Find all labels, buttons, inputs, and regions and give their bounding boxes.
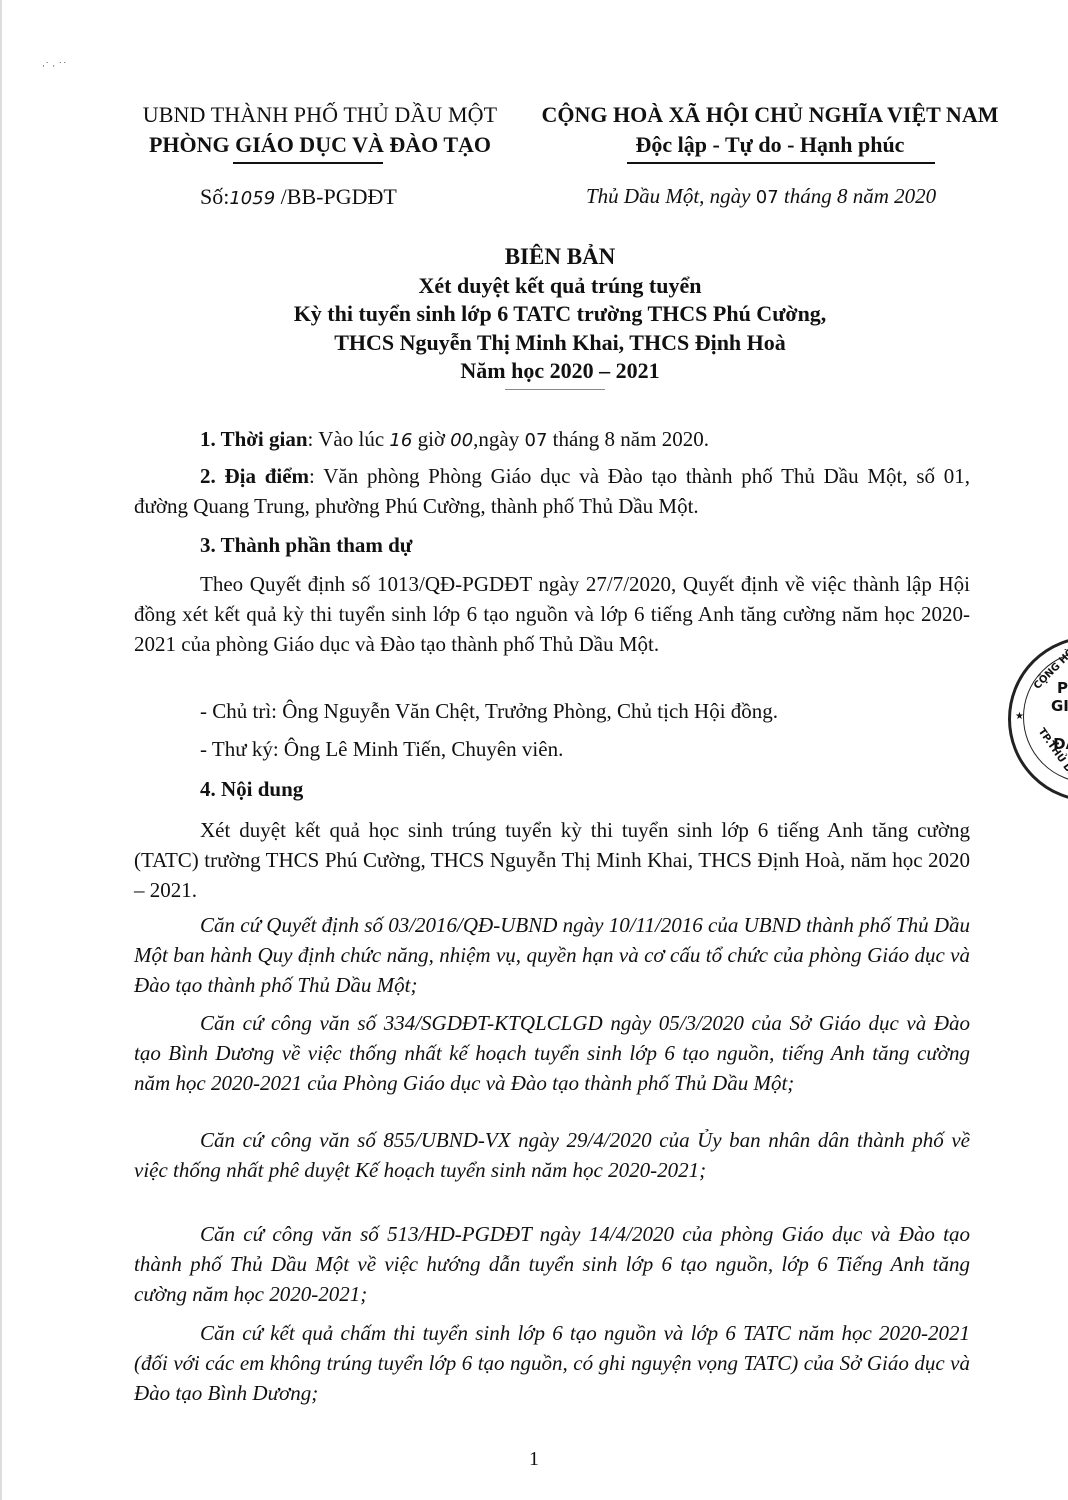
document-date: Thủ Dầu Một, ngày 07 tháng 8 năm 2020	[586, 184, 936, 209]
participant-secretary: - Thư ký: Ông Lê Minh Tiến, Chuyên viên.	[134, 734, 970, 764]
title-line-3: THCS Nguyễn Thị Minh Khai, THCS Định Hoà	[100, 329, 1020, 358]
participants-text: Theo Quyết định số 1013/QĐ-PGDĐT ngày 27…	[134, 569, 970, 659]
title-line-2: Kỳ thi tuyển sinh lớp 6 TATC trường THCS…	[100, 300, 1020, 329]
basis-item: Căn cứ công văn số 855/UBND-VX ngày 29/4…	[134, 1125, 970, 1185]
page-number: 1	[0, 1448, 1068, 1471]
title-line-4: Năm học 2020 – 2021	[100, 357, 1020, 386]
agency-name: PHÒNG GIÁO DỤC VÀ ĐÀO TẠO	[100, 130, 540, 160]
scan-artifact: ·˙ · ˙˙	[42, 62, 67, 72]
basis-item: Căn cứ công văn số 513/HD-PGDĐT ngày 14/…	[134, 1219, 970, 1309]
seal-center-3: ĐÀ	[1053, 735, 1068, 753]
basis-item: Căn cứ kết quả chấm thi tuyển sinh lớp 6…	[134, 1318, 970, 1408]
document-number: Số:1059 /BB-PGDĐT	[200, 184, 397, 210]
official-seal: CỘNG HÒA TP.THỦ DẦU M ★ P GI ĐÀ	[1008, 636, 1068, 802]
scan-edge	[0, 0, 2, 1500]
title-main: BIÊN BẢN	[100, 243, 1020, 272]
country-name: CỘNG HOÀ XÃ HỘI CHỦ NGHĨA VIỆT NAM	[520, 100, 1020, 130]
participant-chair: - Chủ trì: Ông Nguyễn Văn Chệt, Trưởng P…	[134, 696, 970, 726]
basis-item: Căn cứ công văn số 334/SGDĐT-KTQLCLGD ng…	[134, 1008, 970, 1098]
document-title: BIÊN BẢN Xét duyệt kết quả trúng tuyển K…	[100, 243, 1020, 386]
basis-item: Căn cứ Quyết định số 03/2016/QĐ-UBND ngà…	[134, 910, 970, 1000]
national-motto: CỘNG HOÀ XÃ HỘI CHỦ NGHĨA VIỆT NAM Độc l…	[520, 100, 1020, 160]
seal-center-2: GI	[1051, 697, 1068, 715]
title-line-1: Xét duyệt kết quả trúng tuyển	[100, 272, 1020, 301]
motto-underline	[627, 162, 935, 164]
section-location: 2. Địa điểm: Văn phòng Phòng Giáo dục và…	[134, 461, 970, 521]
section-time: 1. Thời gian: Vào lúc 16 giờ 00,ngày 07 …	[134, 424, 970, 456]
seal-center-1: P	[1057, 679, 1068, 697]
issuing-agency: UBND THÀNH PHỐ THỦ DẦU MỘT PHÒNG GIÁO DỤ…	[100, 100, 540, 160]
title-underline	[505, 389, 605, 390]
motto: Độc lập - Tự do - Hạnh phúc	[520, 130, 1020, 160]
section-content-heading: 4. Nội dung	[134, 774, 970, 804]
agency-parent: UBND THÀNH PHỐ THỦ DẦU MỘT	[100, 100, 540, 130]
seal-star-icon: ★	[1015, 711, 1024, 722]
content-text: Xét duyệt kết quả học sinh trúng tuyển k…	[134, 815, 970, 905]
agency-underline	[233, 162, 383, 164]
handwritten-day: 07	[756, 187, 779, 208]
section-participants-heading: 3. Thành phần tham dự	[134, 530, 970, 560]
handwritten-number: 1059	[229, 188, 275, 209]
